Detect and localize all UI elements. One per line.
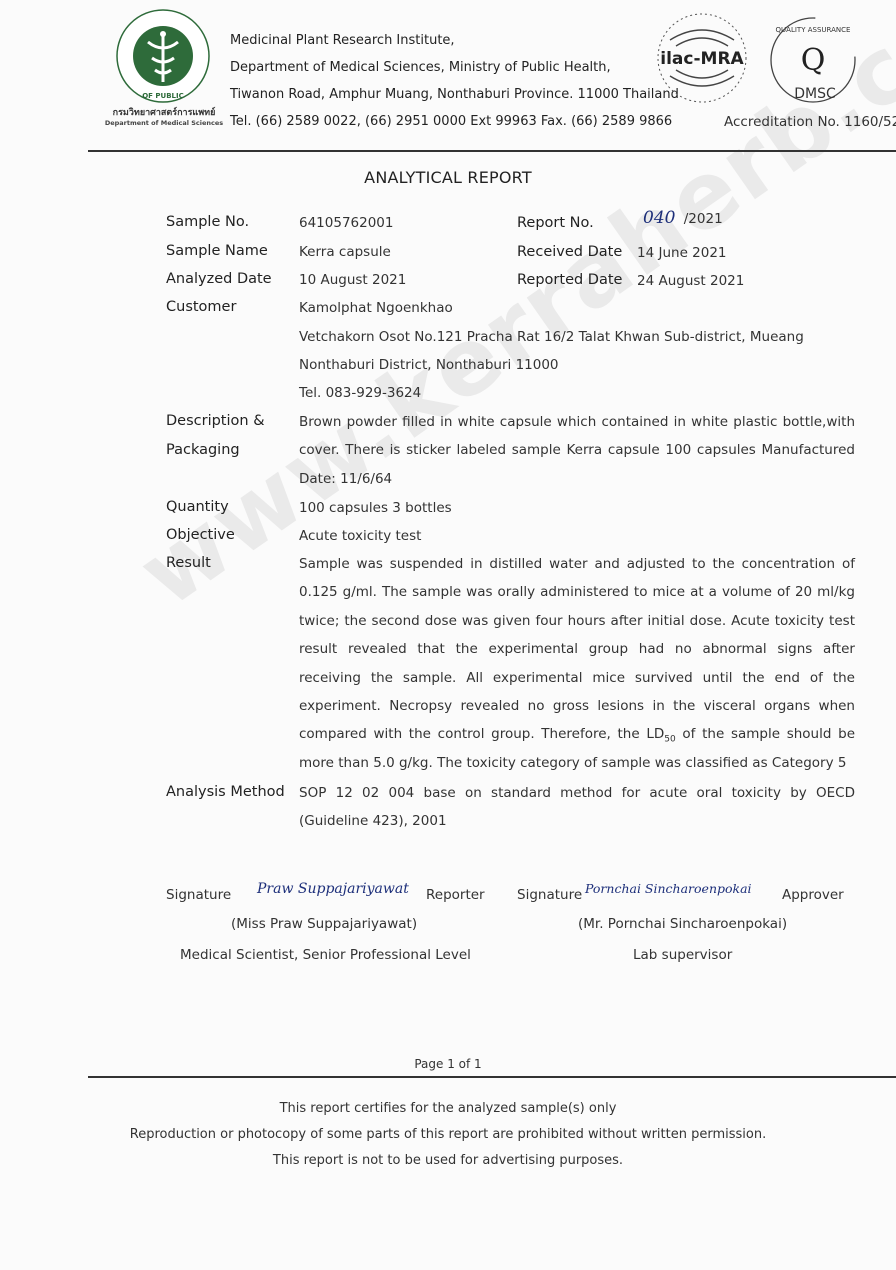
packaging-label: Packaging [166, 442, 240, 458]
svg-text:ilac-MRA: ilac-MRA [660, 49, 744, 69]
footer-note-2: Reproduction or photocopy of some parts … [0, 1127, 896, 1142]
reporter-name: (Miss Praw Suppajariyawat) [231, 916, 417, 932]
sample-name-label: Sample Name [166, 243, 268, 259]
result-text-part-1: Sample was suspended in distilled water … [299, 556, 855, 742]
logo-english-text: Department of Medical Sciences [94, 119, 234, 127]
ilac-mra-logo: ilac-MRA [652, 10, 752, 106]
approver-role: Approver [782, 887, 844, 903]
page-number: Page 1 of 1 [0, 1057, 896, 1071]
report-no-year: /2021 [684, 211, 723, 227]
sample-name-value: Kerra capsule [299, 244, 391, 260]
report-title: ANALYTICAL REPORT [0, 168, 896, 187]
customer-address-line-1: Vetchakorn Osot No.121 Pracha Rat 16/2 T… [299, 329, 804, 345]
accreditation-number: Accreditation No. 1160/52 [724, 114, 896, 130]
customer-label: Customer [166, 299, 236, 315]
dmsc-quality-assurance-logo: QUALITY ASSURANCE Q DMSC [765, 12, 861, 108]
customer-address-line-2: Nonthaburi District, Nonthaburi 11000 [299, 357, 559, 373]
svg-text:Q: Q [801, 43, 826, 78]
report-no-handwritten: 040 [643, 208, 675, 228]
analysis-method-value: SOP 12 02 004 base on standard method fo… [299, 779, 855, 836]
sample-no-label: Sample No. [166, 214, 249, 230]
institute-phone: Tel. (66) 2589 0022, (66) 2951 0000 Ext … [230, 114, 672, 129]
svg-text:QUALITY ASSURANCE: QUALITY ASSURANCE [776, 26, 851, 34]
approver-name: (Mr. Pornchai Sincharoenpokai) [578, 916, 787, 932]
footer-divider [88, 1076, 896, 1078]
received-date-value: 14 June 2021 [637, 245, 727, 261]
quantity-value: 100 capsules 3 bottles [299, 500, 452, 516]
reporter-signature: Praw Suppajariyawat [257, 881, 409, 897]
institute-name: Medicinal Plant Research Institute, [230, 33, 455, 48]
description-label: Description & [166, 413, 265, 429]
ld-subscript: 50 [664, 735, 675, 745]
footer-note-1: This report certifies for the analyzed s… [0, 1101, 896, 1116]
quantity-label: Quantity [166, 499, 229, 515]
svg-text:DMSC: DMSC [794, 86, 836, 102]
reporter-signature-label: Signature [166, 887, 231, 903]
result-value: Sample was suspended in distilled water … [299, 550, 855, 777]
department-name: Department of Medical Sciences, Ministry… [230, 60, 611, 75]
reporter-position: Medical Scientist, Senior Professional L… [180, 947, 471, 963]
received-date-label: Received Date [517, 244, 622, 260]
customer-phone: Tel. 083-929-3624 [299, 385, 421, 401]
ministry-logo: OF PUBLIC [108, 8, 218, 104]
reported-date-label: Reported Date [517, 272, 622, 288]
logo-thai-text: กรมวิทยาศาสตร์การแพทย์ [94, 108, 234, 118]
reporter-role: Reporter [426, 887, 485, 903]
analyzed-date-value: 10 August 2021 [299, 272, 406, 288]
footer-note-3: This report is not to be used for advert… [0, 1153, 896, 1168]
customer-name: Kamolphat Ngoenkhao [299, 300, 453, 316]
header-divider [88, 150, 896, 152]
objective-value: Acute toxicity test [299, 528, 421, 544]
reported-date-value: 24 August 2021 [637, 273, 744, 289]
analysis-method-label: Analysis Method [166, 784, 285, 800]
objective-label: Objective [166, 527, 235, 543]
approver-signature: Pornchai Sincharoenpokai [585, 881, 752, 896]
approver-signature-label: Signature [517, 887, 582, 903]
report-no-label: Report No. [517, 215, 594, 231]
result-label: Result [166, 555, 211, 571]
report-no-value: 040 /2021 [637, 208, 723, 228]
approver-position: Lab supervisor [633, 947, 732, 963]
sample-no-value: 64105762001 [299, 215, 393, 231]
svg-text:OF PUBLIC: OF PUBLIC [142, 92, 184, 100]
analyzed-date-label: Analyzed Date [166, 271, 272, 287]
institute-address: Tiwanon Road, Amphur Muang, Nonthaburi P… [230, 87, 679, 102]
description-value: Brown powder filled in white capsule whi… [299, 408, 855, 493]
